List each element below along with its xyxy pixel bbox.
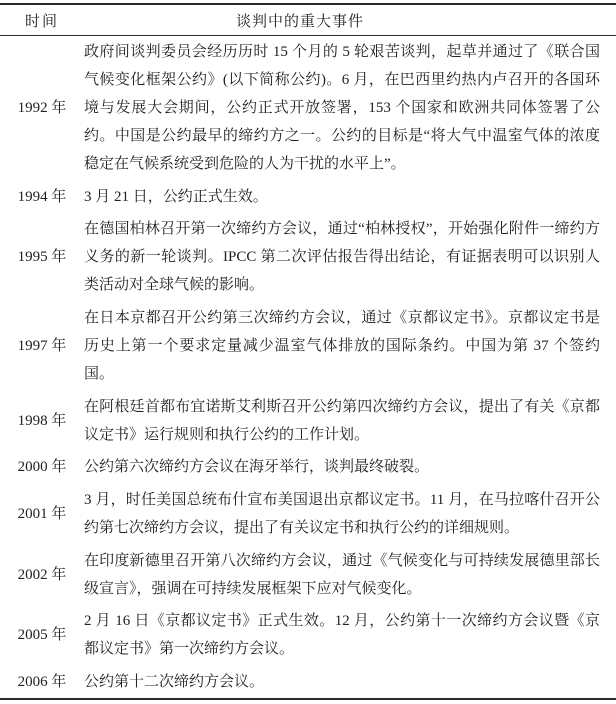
table-row: 2002 年 在印度新德里召开第八次缔约方会议，通过《气候变化与可持续发展德里部… [0,547,616,603]
year-cell: 2000 年 [0,453,84,481]
event-cell: 2 月 16 日《京都议定书》正式生效。12 月，公约第十一次缔约方会议暨《京都… [84,607,616,663]
table-row: 1994 年 3 月 21 日，公约正式生效。 [0,183,616,211]
year-cell: 1998 年 [0,407,84,435]
header-event-column: 谈判中的重大事件 [0,10,600,31]
table-row: 1992 年 政府间谈判委员会经历历时 15 个月的 5 轮艰苦谈判，起草并通过… [0,38,616,178]
event-cell: 公约第十二次缔约方会议。 [84,668,616,696]
year-cell: 2002 年 [0,561,84,589]
year-cell: 1994 年 [0,183,84,211]
year-cell: 1992 年 [0,94,84,122]
table-row: 1997 年 在日本京都召开公约第三次缔约方会议，通过《京都议定书》。京都议定书… [0,304,616,388]
document-page: 时间 谈判中的重大事件 1992 年 政府间谈判委员会经历历时 15 个月的 5… [0,0,616,704]
year-cell: 1995 年 [0,243,84,271]
table-row: 2006 年 公约第十二次缔约方会议。 [0,668,616,696]
event-cell: 公约第六次缔约方会议在海牙举行，谈判最终破裂。 [84,453,616,481]
table-row: 1995 年 在德国柏林召开第一次缔约方会议，通过“柏林授权”，开始强化附件一缔… [0,215,616,299]
table-row: 2000 年 公约第六次缔约方会议在海牙举行，谈判最终破裂。 [0,453,616,481]
table-header-row: 时间 谈判中的重大事件 [0,5,616,36]
event-cell: 政府间谈判委员会经历历时 15 个月的 5 轮艰苦谈判，起草并通过了《联合国气候… [84,38,616,178]
table-body: 1992 年 政府间谈判委员会经历历时 15 个月的 5 轮艰苦谈判，起草并通过… [0,36,616,698]
event-cell: 在日本京都召开公约第三次缔约方会议，通过《京都议定书》。京都议定书是历史上第一个… [84,304,616,388]
event-cell: 在阿根廷首都布宜诺斯艾利斯召开公约第四次缔约方会议，提出了有关《京都议定书》运行… [84,393,616,449]
year-cell: 2005 年 [0,621,84,649]
table-row: 1998 年 在阿根廷首都布宜诺斯艾利斯召开公约第四次缔约方会议，提出了有关《京… [0,393,616,449]
event-cell: 3 月，时任美国总统布什宣布美国退出京都议定书。11 月，在马拉喀什召开公约第七… [84,486,616,542]
table-row: 2001 年 3 月，时任美国总统布什宣布美国退出京都议定书。11 月，在马拉喀… [0,486,616,542]
climate-negotiation-timeline-table: 时间 谈判中的重大事件 1992 年 政府间谈判委员会经历历时 15 个月的 5… [0,3,616,700]
year-cell: 2006 年 [0,668,84,696]
event-cell: 在印度新德里召开第八次缔约方会议，通过《气候变化与可持续发展德里部长级宣言》，强… [84,547,616,603]
year-cell: 1997 年 [0,332,84,360]
year-cell: 2001 年 [0,500,84,528]
table-row: 2005 年 2 月 16 日《京都议定书》正式生效。12 月，公约第十一次缔约… [0,607,616,663]
event-cell: 3 月 21 日，公约正式生效。 [84,183,616,211]
event-cell: 在德国柏林召开第一次缔约方会议，通过“柏林授权”，开始强化附件一缔约方义务的新一… [84,215,616,299]
